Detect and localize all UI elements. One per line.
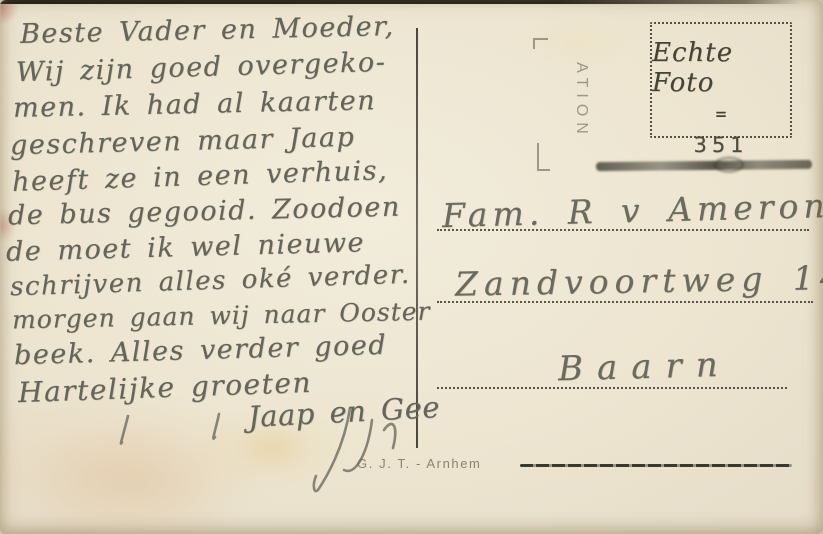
center-divider-line xyxy=(416,28,418,448)
message-line: geschreven maar Jaap xyxy=(10,122,356,161)
card-number: 351 xyxy=(693,133,748,157)
message-line: Wij zijn goed overgeko- xyxy=(16,47,387,88)
message-line: men. Ik had al kaarten xyxy=(13,85,377,124)
vertical-stamp-text: ATION xyxy=(572,41,590,161)
message-line: heeft ze in een verhuis, xyxy=(12,155,389,198)
bottom-left-stain xyxy=(40,425,230,520)
echte-foto-box: Echte Foto = 351 xyxy=(650,22,792,138)
equals-mark: = xyxy=(715,105,728,123)
address-name: Fam. R v Amerongen xyxy=(442,184,823,235)
address-street: Zandvoortweg 142 xyxy=(455,257,823,303)
photo-top-border xyxy=(0,0,800,4)
publisher-imprint: G. J. T. - Arnhem xyxy=(357,456,482,471)
message-line: beek. Alles verder goed xyxy=(14,330,388,371)
message-line: schrijven alles oké verder. xyxy=(10,260,411,303)
echte-foto-label: Echte Foto xyxy=(652,38,790,98)
message-line: de moet ik wel nieuwe xyxy=(6,227,366,267)
address-rule-3 xyxy=(437,387,787,389)
address-city: Baarn xyxy=(558,345,733,390)
address-rule-4 xyxy=(520,464,792,467)
message-line: de bus gegooid. Zoodoen xyxy=(8,192,401,232)
stamp-corner-mark-top xyxy=(533,38,548,49)
address-rule-2 xyxy=(437,301,813,303)
address-rule-1 xyxy=(437,229,809,231)
erased-line-smudge xyxy=(596,160,812,171)
postcard-back: Beste Vader en Moeder, Wij zijn goed ove… xyxy=(0,0,823,534)
message-line: Beste Vader en Moeder, xyxy=(20,11,395,50)
message-line: morgen gaan wij naar Ooster xyxy=(12,297,431,335)
stamp-corner-mark-bottom xyxy=(537,143,550,171)
